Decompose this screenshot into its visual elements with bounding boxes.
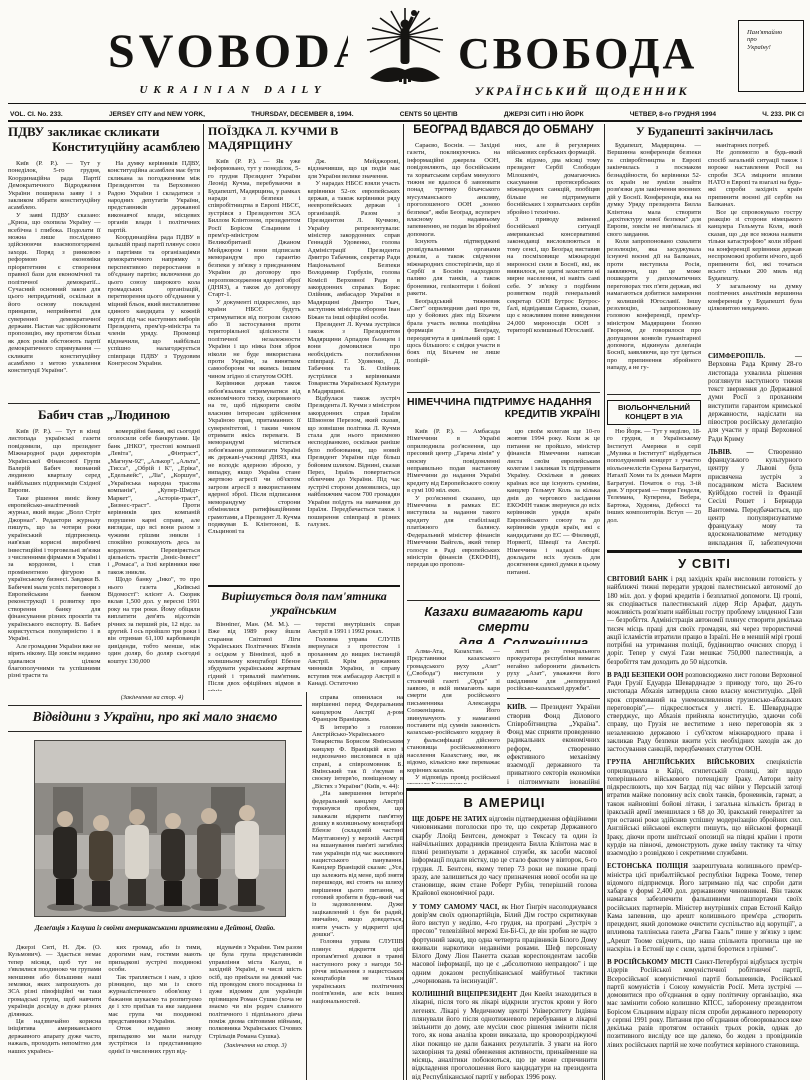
masthead-title-latin: SVOBODA [108, 24, 348, 86]
article-kazakhy-col-a: Алма-Ата, Казахстан. — Представники каза… [407, 648, 500, 784]
article-kazakhy-body: Алма-Ата, Казахстан. — Представники каза… [407, 648, 600, 784]
article-beograd-col-b: них, але й регулярних військових сербськ… [507, 142, 600, 389]
article-kuchma-headline: ПОЇЗДКА Л. КУЧМИ В МАДЯРЩИНУ БУЛА УСПІШН… [208, 124, 400, 154]
article-nimechchyna-col-a: Київ (Р. Р.). — Амбасада Німеччини в Укр… [407, 428, 500, 597]
masthead-emblem [356, 6, 454, 100]
article-nimechchyna-headline: НІМЕЧЧИНА ПІДТРИМУЄ НАДАННЯ КРЕДИТІВ УКР… [407, 396, 600, 424]
article-pdvu-body: Київ (Р. Р.). — Тут у понеділок, 5-го гр… [8, 160, 200, 400]
masthead-subtitle-uk: УКРАЇНСЬКИЙ ЩОДЕННИК [452, 84, 712, 99]
masthead-subtitle-en: UKRAINIAN DAILY [118, 84, 348, 98]
divider [8, 705, 302, 706]
photo-delegation [34, 740, 286, 917]
article-vidvidyny-col-c: відувачів з України. Тим разом це була г… [209, 944, 302, 1080]
masthead-title-cyrillic: СВОБОДА [458, 28, 708, 88]
section-world-body: СВІТОВИЙ БАНК і ряд західніх країн висло… [607, 575, 802, 1080]
article-concert: ВІОЛЬОНЧЕЛЬНИЙ КОНЦЕРТ В УІА Ню Йорк. — … [607, 400, 701, 546]
continuation-note: (Закінчення на стор. 3) [209, 1042, 302, 1049]
issue-label: Ч. 233. РІК CI [762, 111, 804, 118]
divider [208, 585, 400, 587]
section-world-header: У СВІТІ [607, 556, 802, 572]
photo-caption: Делеґація з Калуша із своїми американськ… [8, 924, 302, 936]
divider [407, 392, 600, 393]
article-nimechchyna-body: Київ (Р. Р.). — Амбасада Німеччини в Укр… [407, 428, 600, 597]
volume-label: VOL. CI. No. 233. [10, 111, 63, 118]
article-budapesht-col-b: манітарних потреб.Не допомогло в будь-як… [708, 142, 802, 348]
divider [403, 124, 404, 1080]
divider [8, 120, 802, 123]
photo-image [35, 741, 285, 916]
article-concert-body: Ню Йорк. — Тут у неділю, 18-го грудня, в… [607, 428, 701, 524]
article-kazakhy-col-b: листі до генерального прокуратора респуб… [507, 648, 600, 784]
liberty-statue-icon [356, 6, 454, 100]
divider [203, 124, 204, 700]
article-pdvu-col-a: Київ (Р. Р.). — Тут у понеділок, 5-го гр… [8, 160, 101, 400]
article-pamyatnyk-col-b: терстві внутрішніх справ Австрії в 1991 … [308, 621, 401, 691]
city-uk: ДЖЕРЗІ СИТІ і НЮ ЙОРК [504, 111, 584, 118]
article-babych-body: Київ (Р. Р.). — Тут в кінці листопада ук… [8, 428, 200, 692]
article-vidvidyny-col-b: ких громад, або із тими, дорогими нам, г… [108, 944, 201, 1080]
memo-text: Пам'ятаймопроУкраїну! [739, 29, 803, 51]
divider [8, 403, 200, 404]
article-beograd-body: Сараєво, Боснія. — Західні газети, покли… [407, 142, 600, 389]
date-uk: ЧЕТВЕР, 8-го ГРУДНЯ 1994 [630, 111, 716, 118]
article-babych-col-a: Київ (Р. Р.). — Тут в кінці листопада ук… [8, 428, 101, 692]
section-in-america-header: В АМЕРИЦІ [407, 791, 602, 813]
city-news-items: СИМФЕРОПІЛЬ. — Верховна Рада Криму 28-го… [708, 352, 802, 548]
article-kuchma-col-a: Київ (Р. Р.). — Як уже інформовано, тут … [208, 158, 301, 582]
continuation-note: (Закінчення на стор. 4) [104, 694, 200, 703]
article-kuchma-col-b: Дж. Мейджорові, відзначивши, що ця подія… [308, 158, 401, 582]
article-vidvidyny-body: Джерзі Ситі, Н. Дж. (О. Кузьмович). — Зд… [8, 944, 302, 1080]
article-babych-headline: Бабич став „Людиною Кварталу" [8, 407, 200, 425]
article-kazakhy-headline: Казахи вимагають кари смерти для А. Солж… [407, 604, 600, 644]
section-in-america: В АМЕРИЦІ ЩЕ ДОБРЕ НЕ ЗАТИХ відгомін під… [406, 788, 603, 1080]
article-vidvidyny-col-a: Джерзі Ситі, Н. Дж. (О. Кузьмович). — Зд… [8, 944, 101, 1080]
photo-section-headline: Відвідини з України, про які мало знаємо [8, 709, 302, 728]
date-en: THURSDAY, DECEMBER 8, 1994. [251, 111, 353, 118]
news-item-kyiv: КИЇВ. — Президент України створив Фонд Д… [507, 698, 600, 784]
article-pamyatnyk-body: Вінніпеґ, Ман. (М. М.). — Вже від 1989 р… [208, 621, 400, 691]
divider [407, 600, 600, 601]
divider [607, 550, 802, 553]
newspaper-front-page: SVOBODA СВОБОДА UKRAINIAN DAILY УКРАЇНСЬ… [0, 0, 810, 1080]
article-pamyatnyk-headline: Вирішується доля пам'ятника українським … [208, 589, 400, 619]
article-budapesht-col-a: Будапешт, Мадярщина. — Вершинна конферен… [607, 142, 701, 390]
article-pdvu-headline: ПДВУ закликає скликати Конституційну аса… [8, 124, 200, 158]
article-pdvu-col-b: На думку керівників ПДВУ, конституційна … [108, 160, 201, 400]
city-en: JERSEY CITY and NEW YORK, [109, 111, 205, 118]
article-pamyatnyk-continuation-col: справа опинилася на вирішенні перед Феде… [312, 694, 403, 1080]
article-nimechchyna-col-b: цю своїм колегам ще 10-го жовтня 1994 ро… [507, 428, 600, 597]
article-kuchma-body: Київ (Р. Р.). — Як уже інформовано, тут … [208, 158, 400, 582]
price-label: CENTS 50 ЦЕНТІВ [400, 111, 458, 118]
article-budapesht-headline: У Будапешті закінчилась конференція [607, 124, 802, 139]
divider [607, 394, 701, 395]
memo-box: Пам'ятаймопроУкраїну! [738, 20, 804, 92]
divider [8, 731, 302, 732]
divider [306, 692, 307, 1080]
article-beograd-headline: БЕОҐРАД ВДАВСЯ ДО ОБМАНУ [407, 124, 600, 139]
section-in-america-body: ЩЕ ДОБРЕ НЕ ЗАТИХ відгомін підтвердження… [407, 813, 602, 1080]
article-babych-col-b: комерційні банки, які сьогодні оголосили… [108, 428, 201, 692]
divider [604, 124, 605, 1080]
article-beograd-col-a: Сараєво, Боснія. — Західні газети, покли… [407, 142, 500, 389]
article-concert-header: ВІОЛЬОНЧЕЛЬНИЙ КОНЦЕРТ В УІА [607, 400, 701, 425]
article-pamyatnyk-col-a: Вінніпеґ, Ман. (М. М.). — Вже від 1989 р… [208, 621, 301, 691]
